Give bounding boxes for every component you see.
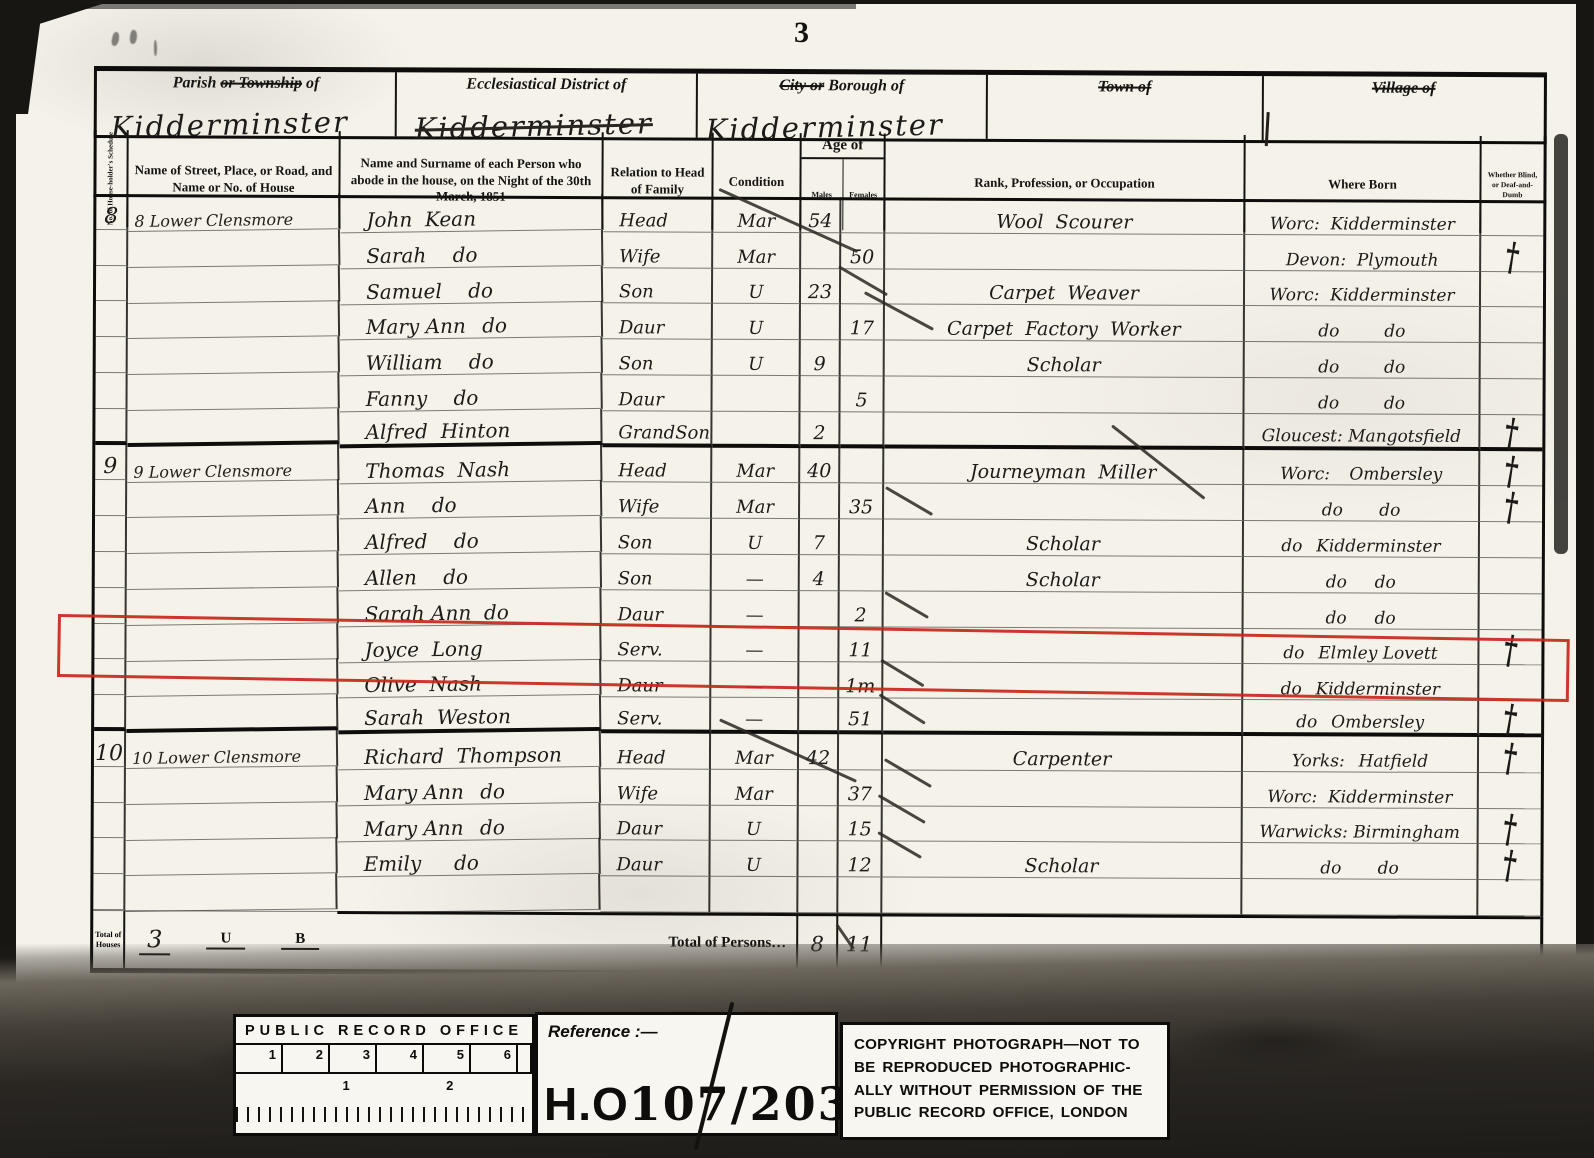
- copyright-line: COPYRIGHT PHOTOGRAPH—NOT TO: [854, 1034, 1156, 1057]
- ruler-cm-1: 1: [236, 1045, 283, 1072]
- ruler-cm-5: 5: [424, 1045, 471, 1072]
- public-record-office-stamp: PUBLIC RECORD OFFICE 1 2 3 4 5 6 1 2: [233, 1014, 535, 1136]
- copyright-line: PUBLIC RECORD OFFICE, LONDON: [854, 1102, 1156, 1125]
- copyright-stamp: COPYRIGHT PHOTOGRAPH—NOT TO BE REPRODUCE…: [840, 1022, 1170, 1140]
- ruler-cm-4: 4: [377, 1045, 424, 1072]
- pro-stamp-title: PUBLIC RECORD OFFICE: [236, 1017, 532, 1045]
- ruler-inch-2: 2: [446, 1078, 453, 1093]
- ruler-cm-end: [518, 1045, 532, 1072]
- reference-label: Reference :—: [548, 1022, 825, 1042]
- copyright-line: ALLY WITHOUT PERMISSION OF THE: [854, 1080, 1156, 1103]
- ruler-cm-3: 3: [330, 1045, 377, 1072]
- pro-ruler-inch-scale: 1 2: [236, 1074, 532, 1122]
- reference-prefix: H.O: [544, 1078, 629, 1130]
- archive-stamps: PUBLIC RECORD OFFICE 1 2 3 4 5 6 1 2 Ref…: [0, 0, 1594, 1158]
- copyright-line: BE REPRODUCED PHOTOGRAPHIC-: [854, 1057, 1156, 1080]
- reference-number: H.O107/2038: [544, 1077, 886, 1131]
- census-photograph: 3 Parish or Township of Kidderminster Ec…: [0, 0, 1594, 1158]
- pro-ruler-cm-scale: 1 2 3 4 5 6: [236, 1045, 532, 1074]
- ruler-cm-6: 6: [471, 1045, 518, 1072]
- reference-stamp: Reference :— H.O107/2038: [535, 1012, 838, 1136]
- ruler-inch-1: 1: [343, 1078, 350, 1093]
- ruler-cm-2: 2: [283, 1045, 330, 1072]
